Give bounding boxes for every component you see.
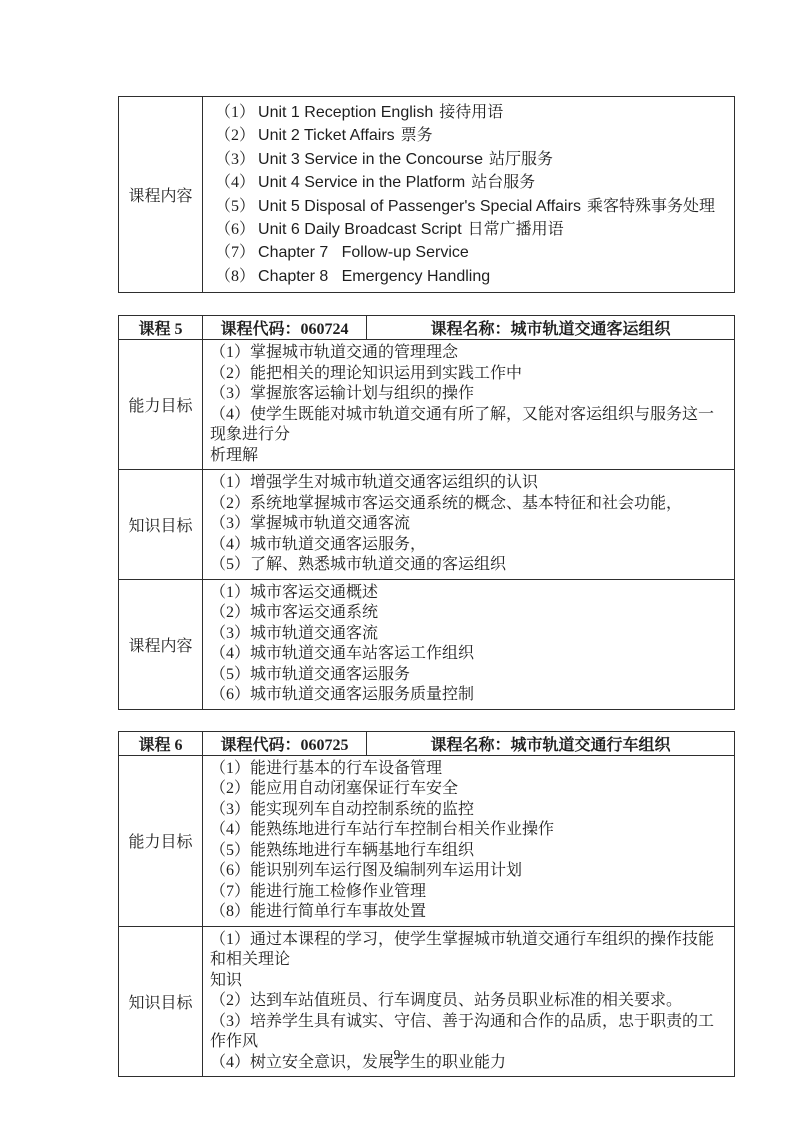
course-content-table: 课程内容 （1）Unit 1 Reception English接待用语（2）U… — [118, 96, 735, 293]
course5-table: 课程 5 课程代码：060724 课程名称：城市轨道交通客运组织 能力目标 （1… — [118, 315, 735, 710]
table-row: 课程内容 （1）城市客运交通概述（2）城市客运交通系统（3）城市轨道交通客流（4… — [119, 579, 735, 709]
item-number: （3） — [215, 151, 255, 168]
content-line: （2）系统地掌握城市客运交通系统的概念、基本特征和社会功能， — [210, 494, 728, 515]
ability-goals-cell: （1）能进行基本的行车设备管理（2）能应用自动闭塞保证行车安全（3）能实现列车自… — [203, 755, 735, 926]
content-line: （3）Unit 3 Service in the Concourse站厅服务 — [215, 148, 728, 171]
item-chinese-text: 票务 — [401, 127, 433, 144]
item-number: （1） — [215, 104, 255, 121]
content-line: （4）Unit 4 Service in the Platform站台服务 — [215, 171, 728, 194]
content-lines: （1）增强学生对城市轨道交通客运组织的认识（2）系统地掌握城市客运交通系统的概念… — [210, 473, 728, 576]
content-line: 析理解 — [210, 446, 728, 467]
content-line: 知识 — [210, 971, 728, 992]
table-row: 能力目标 （1）掌握城市轨道交通的管理理念（2）能把相关的理论知识运用到实践工作… — [119, 340, 735, 470]
content-lines: （1）掌握城市轨道交通的管理理念（2）能把相关的理论知识运用到实践工作中（3）掌… — [210, 343, 728, 466]
content-line: （3）能实现列车自动控制系统的监控 — [210, 800, 728, 821]
item-english-text: Unit 3 Service in the Concourse — [258, 151, 483, 168]
item-chinese-text: 日常广播用语 — [468, 221, 564, 238]
item-number: （8） — [215, 268, 255, 285]
content-line: （1）Unit 1 Reception English接待用语 — [215, 101, 728, 124]
table-row: 课程内容 （1）Unit 1 Reception English接待用语（2）U… — [119, 97, 735, 293]
course5-label: 课程 5 — [119, 316, 203, 340]
item-english-text: Chapter 7 Follow-up Service — [258, 244, 469, 261]
content-line: （3）掌握城市轨道交通客流 — [210, 514, 728, 535]
content-line: （5）了解、熟悉城市轨道交通的客运组织 — [210, 555, 728, 576]
content-line: （6）Unit 6 Daily Broadcast Script日常广播用语 — [215, 218, 728, 241]
course5-code: 课程代码：060724 — [203, 316, 367, 340]
knowledge-goals-cell: （1）增强学生对城市轨道交通客运组织的认识（2）系统地掌握城市客运交通系统的概念… — [203, 470, 735, 580]
content-line: （4）使学生既能对城市轨道交通有所了解，又能对客运组织与服务这一现象进行分 — [210, 405, 728, 446]
content-line: （5）城市轨道交通客运服务 — [210, 665, 728, 686]
course6-code: 课程代码：060725 — [203, 731, 367, 755]
item-number: （6） — [215, 221, 255, 238]
row-label-ability-goals: 能力目标 — [119, 755, 203, 926]
item-english-text: Chapter 8 Emergency Handling — [258, 268, 490, 285]
row-label-ability-goals: 能力目标 — [119, 340, 203, 470]
table-row: 能力目标 （1）能进行基本的行车设备管理（2）能应用自动闭塞保证行车安全（3）能… — [119, 755, 735, 926]
item-number: （2） — [215, 127, 255, 144]
item-english-text: Unit 6 Daily Broadcast Script — [258, 221, 462, 238]
course5-title: 课程名称：城市轨道交通客运组织 — [367, 316, 735, 340]
course-content-cell: （1）城市客运交通概述（2）城市客运交通系统（3）城市轨道交通客流（4）城市轨道… — [203, 579, 735, 709]
document-page: { "ink_color": "#1e1e1e", "border_color"… — [0, 0, 794, 1123]
content-line: （6）能识别列车运行图及编制列车运用计划 — [210, 861, 728, 882]
course6-table: 课程 6 课程代码：060725 课程名称：城市轨道交通行车组织 能力目标 （1… — [118, 731, 735, 1078]
course-content-cell: （1）Unit 1 Reception English接待用语（2）Unit 2… — [203, 97, 735, 293]
content-line: （4）城市轨道交通客运服务， — [210, 535, 728, 556]
content-line: （2）Unit 2 Ticket Affairs票务 — [215, 124, 728, 147]
item-number: （5） — [215, 198, 255, 215]
item-english-text: Unit 2 Ticket Affairs — [258, 127, 395, 144]
page-number: 9 — [0, 1048, 794, 1064]
content-line: （8）Chapter 8 Emergency Handling — [215, 265, 728, 288]
table-row: 知识目标 （1）增强学生对城市轨道交通客运组织的认识（2）系统地掌握城市客运交通… — [119, 470, 735, 580]
item-chinese-text: 接待用语 — [439, 104, 503, 121]
item-english-text: Unit 5 Disposal of Passenger's Special A… — [258, 198, 581, 215]
content-line: （3）城市轨道交通客流 — [210, 624, 728, 645]
content-lines: （1）Unit 1 Reception English接待用语（2）Unit 2… — [215, 101, 728, 288]
content-line: （7）能进行施工检修作业管理 — [210, 882, 728, 903]
content-line: （2）能把相关的理论知识运用到实践工作中 — [210, 364, 728, 385]
content-line: （2）达到车站值班员、行车调度员、站务员职业标准的相关要求。 — [210, 991, 728, 1012]
row-label-course-content: 课程内容 — [119, 97, 203, 293]
item-number: （4） — [215, 174, 255, 191]
course6-header-row: 课程 6 课程代码：060725 课程名称：城市轨道交通行车组织 — [119, 731, 735, 755]
content-line: （2）城市客运交通系统 — [210, 603, 728, 624]
content-line: （3）掌握旅客运输计划与组织的操作 — [210, 384, 728, 405]
course6-title: 课程名称：城市轨道交通行车组织 — [367, 731, 735, 755]
content-line: （1）城市客运交通概述 — [210, 583, 728, 604]
content-line: （1）掌握城市轨道交通的管理理念 — [210, 343, 728, 364]
item-english-text: Unit 4 Service in the Platform — [258, 174, 465, 191]
item-chinese-text: 站台服务 — [471, 174, 535, 191]
content-lines: （1）能进行基本的行车设备管理（2）能应用自动闭塞保证行车安全（3）能实现列车自… — [210, 759, 728, 923]
row-label-course-content: 课程内容 — [119, 579, 203, 709]
content-line: （6）城市轨道交通客运服务质量控制 — [210, 685, 728, 706]
ability-goals-cell: （1）掌握城市轨道交通的管理理念（2）能把相关的理论知识运用到实践工作中（3）掌… — [203, 340, 735, 470]
content-line: （5）Unit 5 Disposal of Passenger's Specia… — [215, 195, 728, 218]
content-line: （1）增强学生对城市轨道交通客运组织的认识 — [210, 473, 728, 494]
content-line: （3）培养学生具有诚实、守信、善于沟通和合作的品质，忠于职责的工作作风 — [210, 1012, 728, 1053]
course5-header-row: 课程 5 课程代码：060724 课程名称：城市轨道交通客运组织 — [119, 316, 735, 340]
content-lines: （1）城市客运交通概述（2）城市客运交通系统（3）城市轨道交通客流（4）城市轨道… — [210, 583, 728, 706]
content-line: （8）能进行简单行车事故处置 — [210, 902, 728, 923]
content-line: （4）城市轨道交通车站客运工作组织 — [210, 644, 728, 665]
course6-label: 课程 6 — [119, 731, 203, 755]
content-line: （7）Chapter 7 Follow-up Service — [215, 241, 728, 264]
content-line: （4）能熟练地进行车站行车控制台相关作业操作 — [210, 820, 728, 841]
content-line: （2）能应用自动闭塞保证行车安全 — [210, 779, 728, 800]
item-chinese-text: 乘客特殊事务处理 — [587, 198, 715, 215]
item-number: （7） — [215, 244, 255, 261]
item-chinese-text: 站厅服务 — [489, 151, 553, 168]
content-line: （1）通过本课程的学习，使学生掌握城市轨道交通行车组织的操作技能和相关理论 — [210, 930, 728, 971]
content-line: （5）能熟练地进行车辆基地行车组织 — [210, 841, 728, 862]
page-content: 课程内容 （1）Unit 1 Reception English接待用语（2）U… — [118, 96, 734, 1077]
row-label-knowledge-goals: 知识目标 — [119, 470, 203, 580]
item-english-text: Unit 1 Reception English — [258, 104, 433, 121]
content-line: （1）能进行基本的行车设备管理 — [210, 759, 728, 780]
